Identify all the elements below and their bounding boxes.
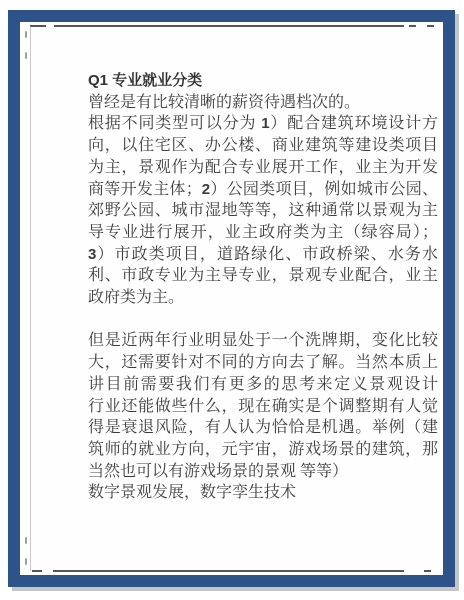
bold-text-segment: 2 <box>202 181 210 198</box>
text-segment: 讲目前需要我们有更多的思考来定义景观设计 <box>88 376 438 393</box>
frame-hairline-top <box>427 25 434 27</box>
text-segment: 导专业进行展开，业主政府类为主（绿容局）； <box>88 224 438 241</box>
text-line: 大，还需要针对不同的方向去了解。当然本质上 <box>88 352 438 374</box>
text-line: 政府类为主。 <box>88 287 438 309</box>
text-segment: 利、市政专业为主导专业，景观专业配合，业主 <box>88 267 438 284</box>
text-line: 当然也可以有游戏场景的景观 等等） <box>88 461 438 483</box>
text-segment: 得是衰退风险，有人认为恰恰是机遇。举例（建 <box>88 419 438 436</box>
bold-text-segment: 1 <box>261 115 269 132</box>
scan-tick-mark <box>25 558 27 565</box>
frame-hairline-top <box>409 25 416 27</box>
text-segment: 根据不同类型可以分为 <box>88 115 261 132</box>
frame-hairline-top <box>54 25 404 27</box>
text-segment: ）公园类项目，例如城市公园、 <box>210 181 438 198</box>
text-line: 为主，景观作为配合专业展开工作，业主为开发 <box>88 157 438 179</box>
text-line: 郊野公园、城市湿地等等，这种通常以景观为主 <box>88 200 438 222</box>
text-segment: 数字景观发展，数字孪生技术 <box>88 484 296 501</box>
text-segment: 大，还需要针对不同的方向去了解。当然本质上 <box>88 354 438 371</box>
text-line: 向，以住宅区、办公楼、商业建筑等建设类项目 <box>88 135 438 157</box>
text-line: 根据不同类型可以分为 1）配合建筑环境设计方 <box>88 113 438 135</box>
document-heading: Q1 专业就业分类 <box>88 70 438 92</box>
text-line: 行业还能做些什么，现在确实是个调整期有人觉 <box>88 396 438 418</box>
text-segment: ）配合建筑环境设计方 <box>270 115 438 132</box>
text-line: 但是近两年行业明显处于一个洗牌期，变化比较 <box>88 330 438 352</box>
page-left-edge-line <box>30 26 31 571</box>
text-line: 曾经是有比较清晰的薪资待遇档次的。 <box>88 92 438 114</box>
text-line: 得是衰退风险，有人认为恰恰是机遇。举例（建 <box>88 417 438 439</box>
frame-hairline-bottom <box>424 570 431 572</box>
blank-line <box>88 309 438 331</box>
text-segment: 曾经是有比较清晰的薪资待遇档次的。 <box>88 94 360 111</box>
text-segment: 向，以住宅区、办公楼、商业建筑等建设类项目 <box>88 137 438 154</box>
text-line: 利、市政专业为主导专业，景观专业配合，业主 <box>88 265 438 287</box>
text-line: 商等开发主体；2）公园类项目，例如城市公园、 <box>88 179 438 201</box>
text-segment: 商等开发主体； <box>88 181 202 198</box>
frame-hairline-bottom <box>53 570 404 572</box>
text-segment: 当然也可以有游戏场景的景观 等等） <box>88 463 348 480</box>
scan-tick-mark <box>25 31 27 38</box>
text-segment: 筑师的就业方向，元宇宙，游戏场景的建筑，那 <box>88 441 438 458</box>
text-line: 导专业进行展开，业主政府类为主（绿容局）； <box>88 222 438 244</box>
text-segment: 为主，景观作为配合专业展开工作，业主为开发 <box>88 159 438 176</box>
text-segment: 但是近两年行业明显处于一个洗牌期，变化比较 <box>88 332 438 349</box>
frame-hairline-top <box>30 25 46 27</box>
text-segment: 政府类为主。 <box>88 289 184 306</box>
text-line: 筑师的就业方向，元宇宙，游戏场景的建筑，那 <box>88 439 438 461</box>
document-text: Q1 专业就业分类曾经是有比较清晰的薪资待遇档次的。根据不同类型可以分为 1）配… <box>88 70 438 504</box>
frame-hairline-bottom <box>32 570 42 572</box>
text-segment: ）市政类项目，道路绿化、市政桥梁、水务水 <box>96 246 438 263</box>
bold-text-segment: Q1 专业就业分类 <box>88 72 202 89</box>
scan-tick-mark <box>25 537 27 544</box>
text-segment: 郊野公园、城市湿地等等，这种通常以景观为主 <box>88 202 438 219</box>
scan-tick-mark <box>25 52 27 59</box>
text-line: 3）市政类项目，道路绿化、市政桥梁、水务水 <box>88 244 438 266</box>
text-line: 数字景观发展，数字孪生技术 <box>88 482 438 504</box>
text-segment: 行业还能做些什么，现在确实是个调整期有人觉 <box>88 398 438 415</box>
text-line: 讲目前需要我们有更多的思考来定义景观设计 <box>88 374 438 396</box>
